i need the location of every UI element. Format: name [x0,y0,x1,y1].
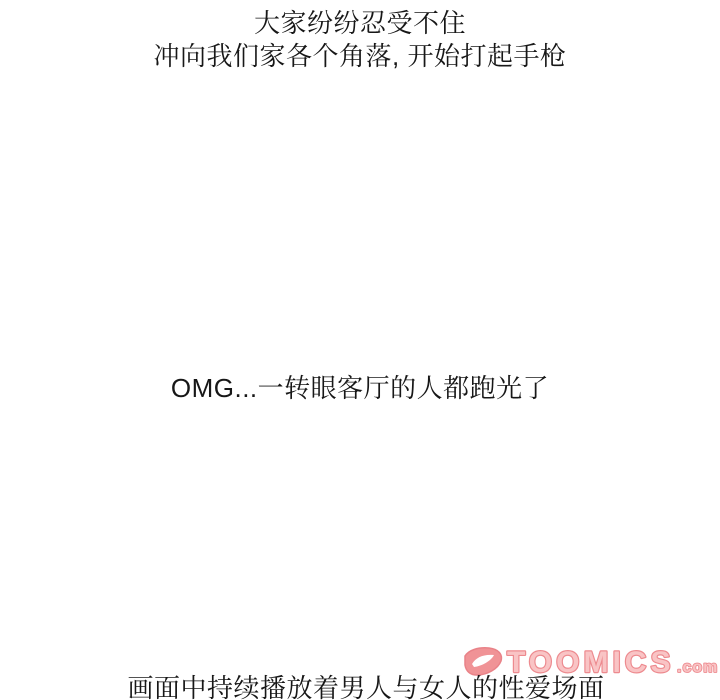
caption-bottom: 画面中持续播放着男人与女人的性爱场面 [6,672,720,700]
comic-page: 大家纷纷忍受不住 冲向我们家各个角落, 开始打起手枪 OMG...一转眼客厅的人… [0,0,720,700]
caption-middle: OMG...一转眼客厅的人都跑光了 [0,372,720,405]
toomics-logo-icon [465,648,501,675]
caption-top: 大家纷纷忍受不住 冲向我们家各个角落, 开始打起手枪 [0,7,720,73]
caption-top-line2: 冲向我们家各个角落, 开始打起手枪 [0,40,720,73]
caption-top-line1: 大家纷纷忍受不住 [0,7,720,40]
